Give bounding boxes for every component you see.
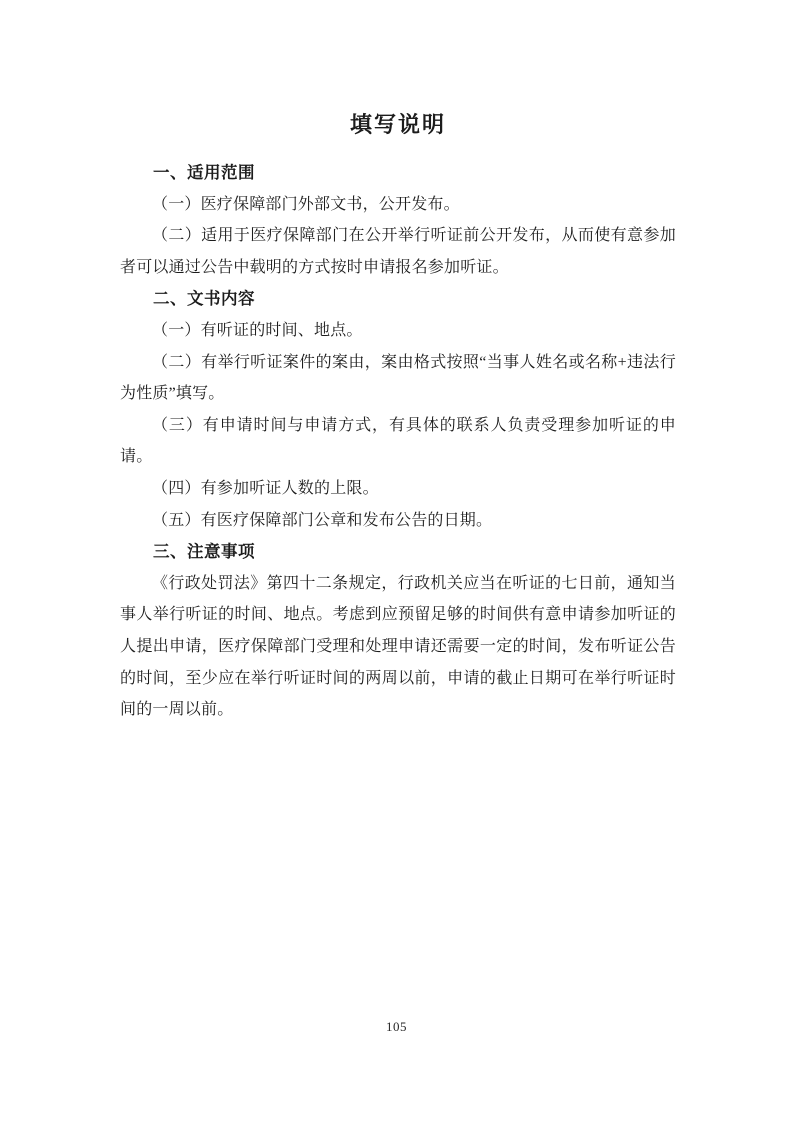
paragraph: （二）有举行听证案件的案由，案由格式按照“当事人姓名或名称+违法行为性质”填写。	[120, 347, 676, 410]
page-title: 填写说明	[120, 110, 676, 140]
paragraph: （一）有听证的时间、地点。	[120, 315, 676, 347]
paragraph: （五）有医疗保障部门公章和发布公告的日期。	[120, 505, 676, 537]
section-heading-scope: 一、适用范围	[120, 157, 676, 189]
paragraph: （三）有申请时间与申请方式，有具体的联系人负责受理参加听证的申请。	[120, 410, 676, 473]
page-number: 105	[0, 1019, 793, 1035]
section-heading-notes: 三、注意事项	[120, 536, 676, 568]
paragraph: （四）有参加听证人数的上限。	[120, 473, 676, 505]
paragraph: 《行政处罚法》第四十二条规定，行政机关应当在听证的七日前，通知当事人举行听证的时…	[120, 568, 676, 726]
paragraph: （一）医疗保障部门外部文书，公开发布。	[120, 189, 676, 221]
paragraph: （二）适用于医疗保障部门在公开举行听证前公开发布，从而使有意参加者可以通过公告中…	[120, 220, 676, 283]
document-page: 填写说明 一、适用范围 （一）医疗保障部门外部文书，公开发布。 （二）适用于医疗…	[0, 0, 793, 1122]
section-heading-content: 二、文书内容	[120, 283, 676, 315]
